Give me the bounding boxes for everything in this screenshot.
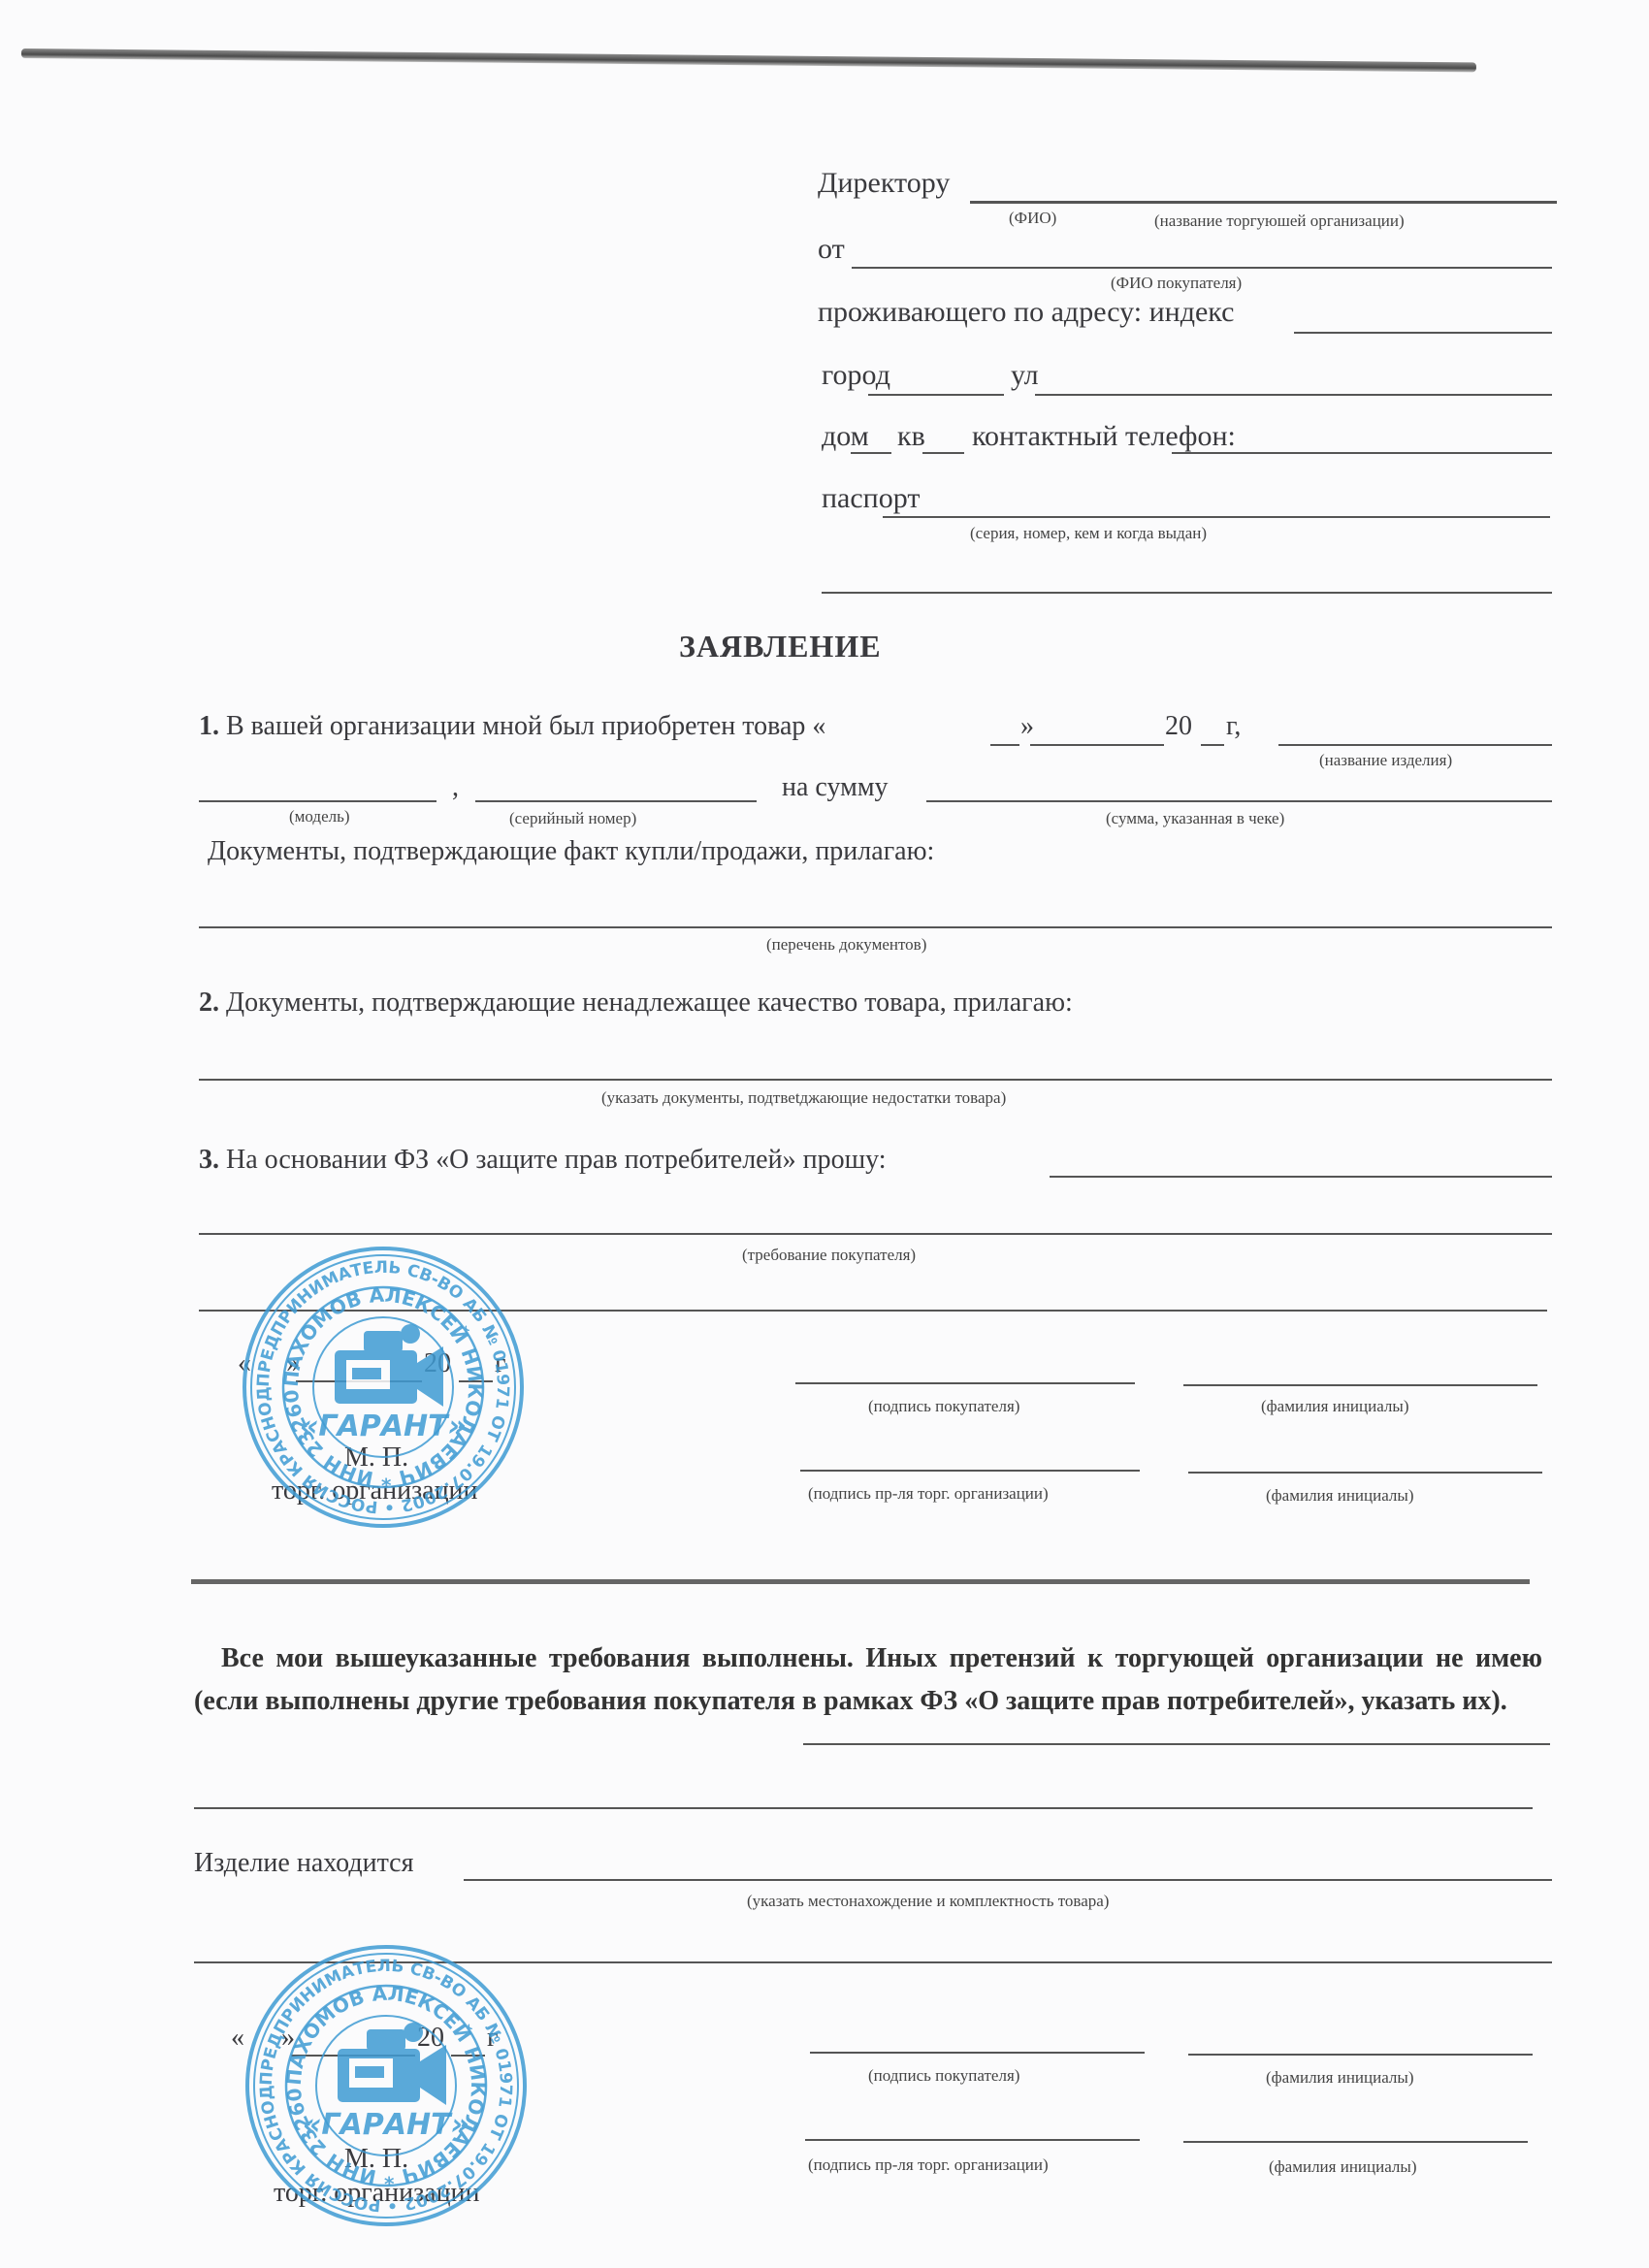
purchase-docs-caption: (перечень документов) bbox=[766, 935, 926, 955]
sig1-buyer-sign-caption: (подпись покупателя) bbox=[868, 1397, 1019, 1416]
scan-edge-shadow bbox=[21, 49, 1476, 72]
item-location-caption: (указать местонахождение и комплектность… bbox=[747, 1892, 1109, 1911]
purchase-year-prefix: 20 bbox=[1165, 711, 1192, 742]
company-stamp-icon: ПРЕДПРИНИМАТЕЛЬ СВ-ВО АБ № 01971 ОТ 19.0… bbox=[241, 1940, 532, 2231]
stamp-brand: «ГАРАНТ» bbox=[300, 1409, 467, 1443]
purchase-month-field[interactable] bbox=[1030, 744, 1164, 746]
completion-statement: Все мои вышеуказанные требования выполне… bbox=[194, 1637, 1542, 1723]
city-label: город bbox=[822, 359, 890, 392]
passport-caption: (серия, номер, кем и когда выдан) bbox=[970, 524, 1207, 543]
company-stamp-icon: ПРЕДПРИНИМАТЕЛЬ СВ-ВО АБ № 01971 ОТ 19.0… bbox=[238, 1242, 529, 1533]
purchase-day-field[interactable] bbox=[990, 744, 1019, 746]
sig2-seller-sign-caption: (подпись пр-ля торг. организации) bbox=[808, 2155, 1049, 2175]
section2-text: 2. Документы, подтверждающие ненадлежаще… bbox=[199, 988, 1073, 1019]
purchase-year-suffix: г, bbox=[1226, 711, 1241, 742]
sig2-buyer-sign-caption: (подпись покупателя) bbox=[868, 2066, 1019, 2086]
apt-field[interactable] bbox=[922, 452, 964, 454]
phone-field[interactable] bbox=[1172, 452, 1552, 454]
section2-sentence: Документы, подтверждающие ненадлежащее к… bbox=[226, 988, 1073, 1018]
demand-field[interactable] bbox=[1050, 1176, 1552, 1178]
model-field[interactable] bbox=[199, 800, 436, 802]
address-label: проживающего по адресу: индекс bbox=[818, 296, 1234, 329]
section2-number: 2. bbox=[199, 988, 219, 1018]
sig2-seller-name-field[interactable] bbox=[1183, 2141, 1528, 2143]
product-name-field[interactable] bbox=[1278, 744, 1552, 746]
other-demands-field-line2[interactable] bbox=[194, 1807, 1533, 1809]
document-title: ЗАЯВЛЕНИЕ bbox=[679, 629, 882, 664]
street-field[interactable] bbox=[1035, 394, 1552, 396]
serial-field[interactable] bbox=[475, 800, 757, 802]
apt-label: кв bbox=[897, 420, 925, 453]
model-serial-comma: , bbox=[452, 772, 459, 803]
passport-label: паспорт bbox=[822, 482, 920, 515]
sig1-seller-signature-field[interactable] bbox=[800, 1470, 1140, 1472]
sum-field[interactable] bbox=[926, 800, 1552, 802]
sig2-seller-name-caption: (фамилия инициалы) bbox=[1269, 2157, 1416, 2177]
buyer-fio-caption: (ФИО покупателя) bbox=[1111, 274, 1242, 293]
purchase-quote-close: » bbox=[1020, 711, 1034, 742]
purchase-year-field[interactable] bbox=[1201, 744, 1224, 746]
model-caption: (модель) bbox=[289, 807, 350, 826]
city-field[interactable] bbox=[868, 394, 1004, 396]
sig1-seller-name-field[interactable] bbox=[1188, 1472, 1542, 1474]
house-label: дом bbox=[822, 420, 869, 453]
other-demands-field[interactable] bbox=[803, 1743, 1550, 1745]
fio-caption: (ФИО) bbox=[1009, 209, 1056, 228]
item-location-label: Изделие находится bbox=[194, 1848, 414, 1879]
postal-index-field[interactable] bbox=[1294, 332, 1552, 334]
street-label: ул bbox=[1011, 359, 1039, 392]
section1-number: 1. bbox=[199, 711, 219, 741]
sum-caption: (сумма, указанная в чеке) bbox=[1106, 809, 1284, 828]
item-location-field[interactable] bbox=[464, 1879, 1552, 1881]
passport-field[interactable] bbox=[883, 516, 1550, 518]
sig1-buyer-name-field[interactable] bbox=[1183, 1384, 1537, 1386]
purchase-docs-text: Документы, подтверждающие факт купли/про… bbox=[208, 836, 934, 867]
sig1-seller-name-caption: (фамилия инициалы) bbox=[1266, 1486, 1413, 1506]
purchase-docs-field[interactable] bbox=[199, 926, 1552, 928]
sig2-buyer-name-caption: (фамилия инициалы) bbox=[1266, 2068, 1413, 2088]
director-label: Директору bbox=[818, 167, 950, 200]
section1-sentence: В вашей организации мной был приобретен … bbox=[226, 711, 825, 741]
from-label: от bbox=[818, 233, 845, 266]
demand-field-line2[interactable] bbox=[199, 1233, 1552, 1235]
phone-label: контактный телефон: bbox=[972, 420, 1236, 453]
section3-number: 3. bbox=[199, 1145, 219, 1175]
section3-text: 3. На основании ФЗ «О защите прав потреб… bbox=[199, 1145, 887, 1176]
buyer-fio-field[interactable] bbox=[852, 267, 1552, 269]
sig1-seller-sign-caption: (подпись пр-ля торг. организации) bbox=[808, 1484, 1049, 1504]
quality-docs-field[interactable] bbox=[199, 1079, 1552, 1081]
director-field[interactable] bbox=[970, 201, 1557, 204]
passport-field-line2[interactable] bbox=[822, 592, 1552, 594]
sig2-buyer-name-field[interactable] bbox=[1188, 2054, 1533, 2056]
section-separator bbox=[191, 1579, 1530, 1584]
section1-text: 1. В вашей организации мной был приобрет… bbox=[199, 711, 825, 742]
stamp-brand: «ГАРАНТ» bbox=[303, 2108, 469, 2142]
quality-docs-caption: (указать документы, подтвеtджающие недос… bbox=[601, 1088, 1006, 1108]
sig1-buyer-name-caption: (фамилия инициалы) bbox=[1261, 1397, 1408, 1416]
sig2-seller-signature-field[interactable] bbox=[805, 2139, 1140, 2141]
demand-caption: (требование покупателя) bbox=[742, 1246, 916, 1265]
section3-sentence: На основании ФЗ «О защите прав потребите… bbox=[226, 1145, 887, 1175]
sig1-buyer-signature-field[interactable] bbox=[795, 1382, 1135, 1384]
product-caption: (название изделия) bbox=[1319, 751, 1452, 770]
serial-caption: (серийный номер) bbox=[509, 809, 636, 828]
house-field[interactable] bbox=[851, 452, 891, 454]
sum-label: на сумму bbox=[782, 772, 889, 803]
sig2-buyer-signature-field[interactable] bbox=[810, 2052, 1145, 2054]
org-caption: (название торгуюшей организации) bbox=[1154, 211, 1405, 231]
